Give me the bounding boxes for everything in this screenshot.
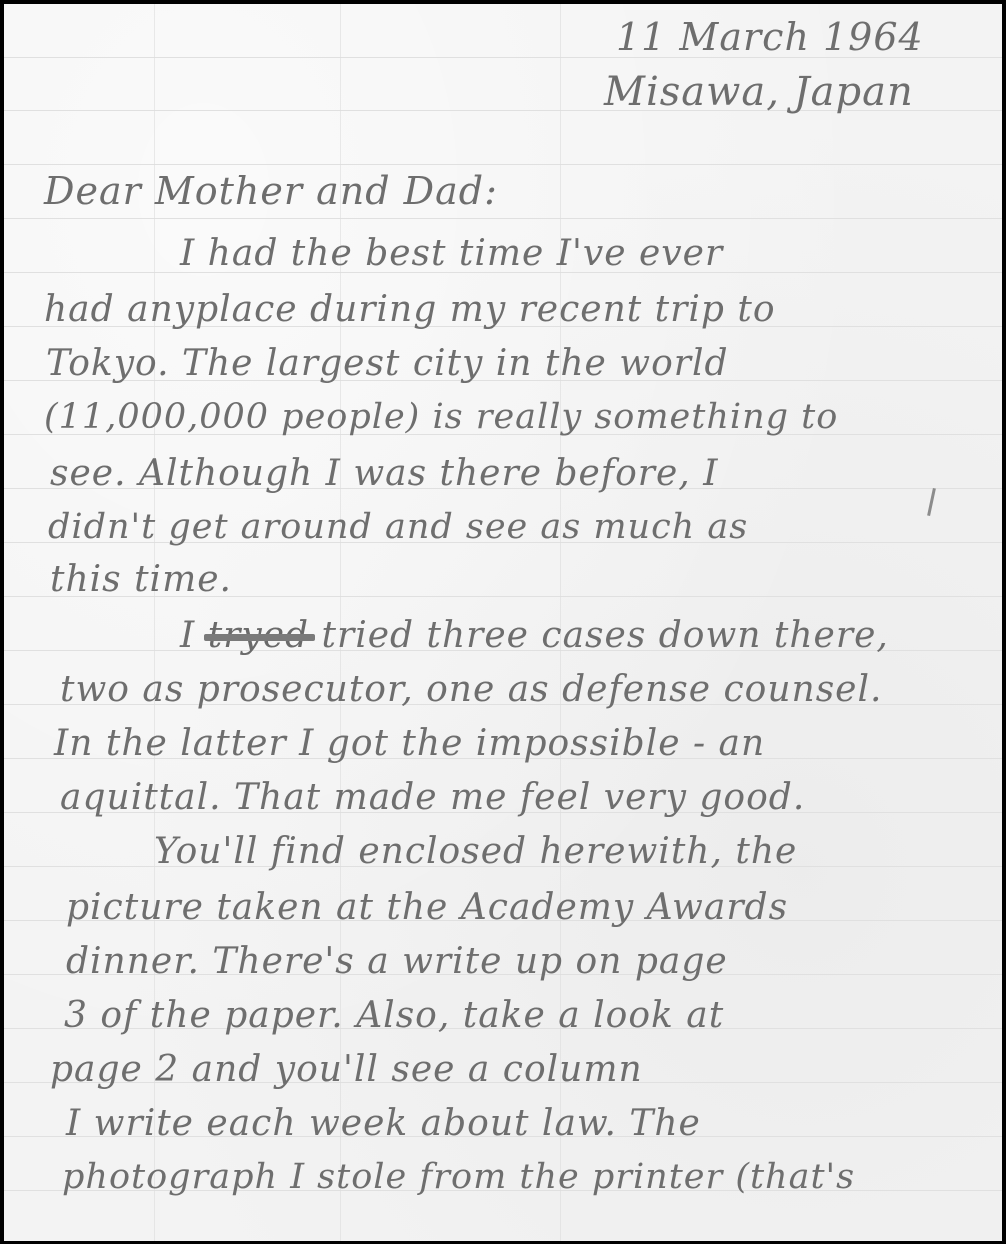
body-line: two as prosecutor, one as defense counse… xyxy=(60,672,882,708)
letter-page: 11 March 1964 Misawa, Japan Dear Mother … xyxy=(4,4,1002,1241)
body-line-with-strikeout: I tryed tried three cases down there, xyxy=(180,618,889,654)
body-line: I write each week about law. The xyxy=(66,1106,701,1142)
pencil-mark xyxy=(927,488,936,516)
body-line: In the latter I got the impossible - an xyxy=(54,726,765,762)
body-line: dinner. There's a write up on page xyxy=(66,944,728,980)
salutation: Dear Mother and Dad: xyxy=(44,172,498,210)
body-line: aquittal. That made me feel very good. xyxy=(60,780,805,816)
body-line: see. Although I was there before, I xyxy=(50,456,718,492)
body-text: I xyxy=(180,615,195,656)
body-line: had anyplace during my recent trip to xyxy=(44,292,776,328)
body-line: didn't get around and see as much as xyxy=(48,510,748,545)
struck-out-word: tryed xyxy=(208,618,309,654)
body-line: photograph I stole from the printer (tha… xyxy=(62,1160,855,1195)
body-line: I had the best time I've ever xyxy=(180,236,723,272)
body-text: tried three cases down there, xyxy=(322,615,889,656)
body-line: You'll find enclosed herewith, the xyxy=(154,834,797,870)
body-line: (11,000,000 people) is really something … xyxy=(44,400,838,435)
body-line: Tokyo. The largest city in the world xyxy=(46,346,729,382)
body-line: this time. xyxy=(50,562,232,598)
letter-place: Misawa, Japan xyxy=(604,72,914,112)
body-line: picture taken at the Academy Awards xyxy=(66,890,788,926)
letter-date: 11 March 1964 xyxy=(616,18,924,56)
body-line: page 2 and you'll see a column xyxy=(50,1052,643,1088)
body-line: 3 of the paper. Also, take a look at xyxy=(64,998,724,1034)
